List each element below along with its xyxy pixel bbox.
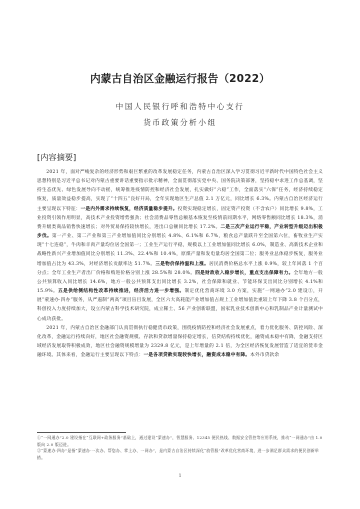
page-number: 1 [0,474,360,479]
key-point-1: 一是内外需求持续恢复，经济质量稳步提升。 [81,207,178,212]
document-page: 内蒙古自治区金融运行报告（2022） 中国人民银行呼和浩特中心支行 货币政策分析… [0,0,360,509]
key-point-5: 五是供给侧结构性改革持续推进，经济活力进一步增强。 [58,289,184,294]
footnote-1: ①“一网通办”2.0 建设指在“互联网+政务服务”基础上，通过建设“蒙速办”，智… [37,435,323,448]
section-heading-abstract: [内容摘要] [37,152,76,163]
document-title: 内蒙古自治区金融运行报告（2022） [0,71,360,86]
abstract-body: 2021 年，面对严峻复杂的经济形势和艰巨繁重的改革发展稳定任务，内蒙古自治区深… [37,168,323,360]
key-point-4: 四是财政收入稳步增长，重点支出保障有力。 [195,271,293,276]
text-segment: 本外币贷款余 [250,353,279,358]
issuing-group: 货币政策分析小组 [0,117,360,128]
footnote-divider [37,432,126,433]
footnote-2: ②“蒙速办·四办”是指“蒙速办·一次办、帮您办、掌上办、一网办”，是内蒙古自治区… [37,448,323,461]
text-segment: 2021 年，面对严峻复杂的经济形势和艰巨繁重的改革发展稳定任务，内蒙古自治区深… [37,170,323,212]
finance-key-point-1: 一是各项贷款实现较快增长，融资成本稳中有降。 [144,353,251,358]
key-point-3: 三是物价保持温和上涨。 [155,262,209,267]
footnotes: ①“一网通办”2.0 建设指在“互联网+政务服务”基础上，通过建设“蒙速办”，智… [37,435,323,461]
abstract-paragraph-2: 2021 年，内蒙古自治区金融部门认真贯彻执行稳健货币政策，围绕疫情防控和经济社… [37,324,323,361]
issuing-organization: 中国人民银行呼和浩特中心支行 [0,101,360,112]
abstract-paragraph-1: 2021 年，面对严峻复杂的经济形势和艰巨繁重的改革发展稳定任务，内蒙古自治区深… [37,168,323,324]
